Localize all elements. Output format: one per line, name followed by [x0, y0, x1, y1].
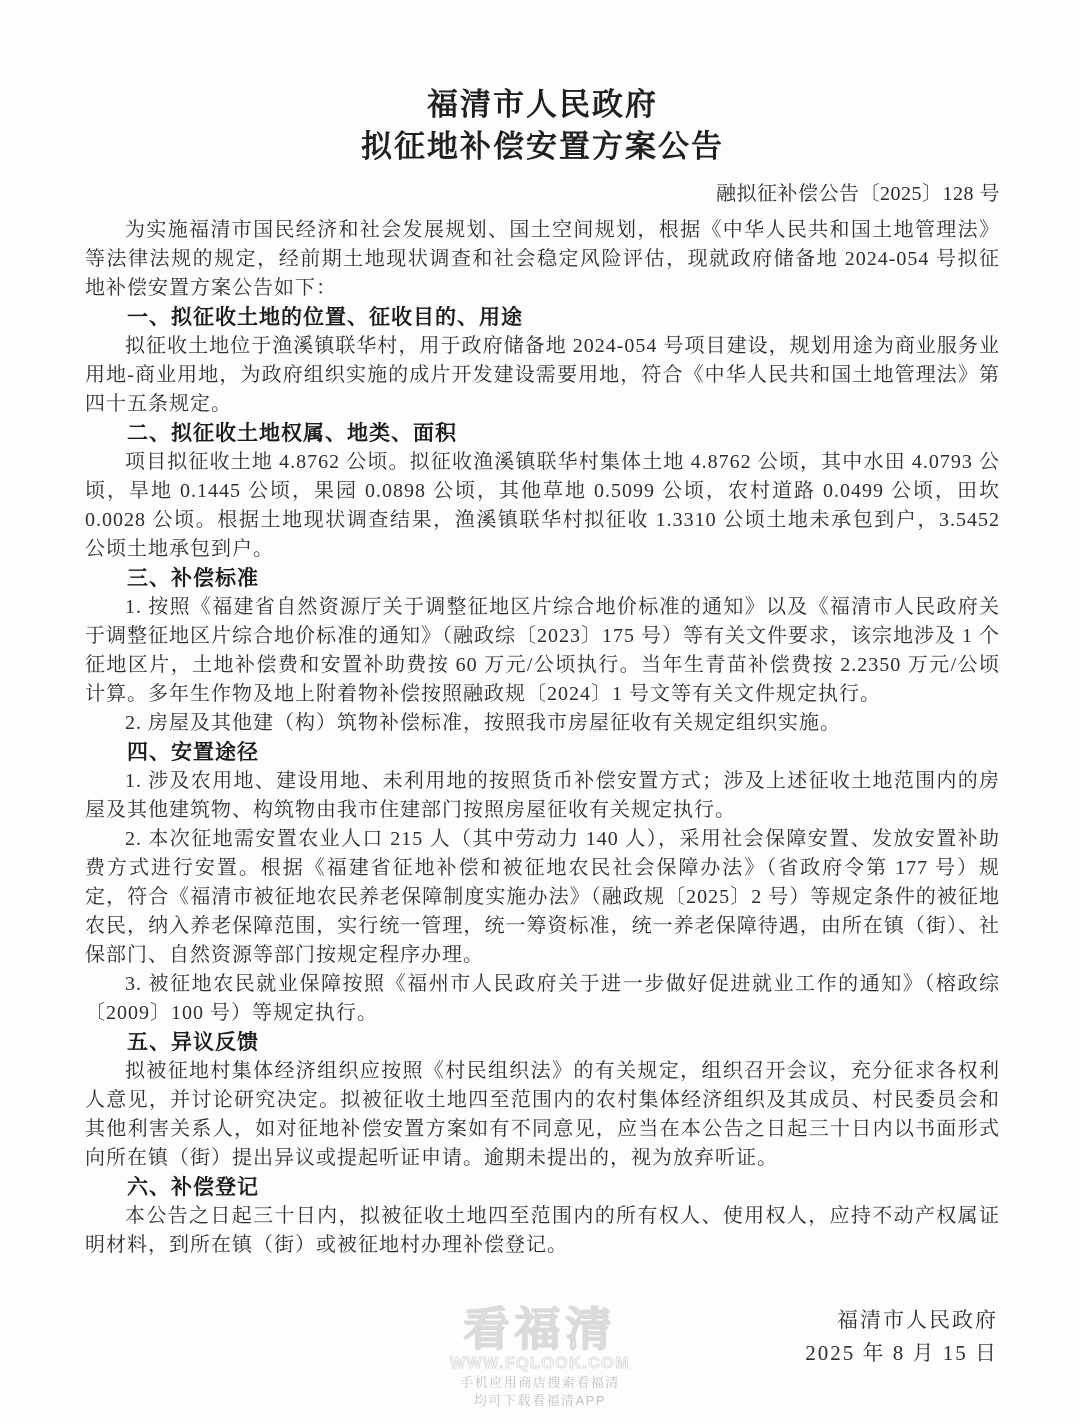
intro-paragraph: 为实施福清市国民经济和社会发展规划、国土空间规划，根据《中华人民共和国土地管理法… — [85, 216, 1000, 303]
issue-date: 2025 年 8 月 15 日 — [85, 1337, 998, 1370]
section-5-heading: 五、异议反馈 — [85, 1028, 1000, 1057]
section-4-paragraph-1: 1. 涉及农用地、建设用地、未利用地的按照货币补偿安置方式；涉及上述征收土地范围… — [85, 767, 1000, 825]
section-5: 五、异议反馈 拟被征地村集体经济组织应按照《村民组织法》的有关规定，组织召开会议… — [85, 1028, 1000, 1173]
section-3-paragraph-1: 1. 按照《福建省自然资源厅关于调整征地区片综合地价标准的通知》以及《福清市人民… — [85, 593, 1000, 709]
section-3: 三、补偿标准 1. 按照《福建省自然资源厅关于调整征地区片综合地价标准的通知》以… — [85, 564, 1000, 738]
section-2-paragraph-1: 项目拟征收土地 4.8762 公顷。拟征收渔溪镇联华村集体土地 4.8762 公… — [85, 448, 1000, 564]
section-6-heading: 六、补偿登记 — [85, 1173, 1000, 1202]
signature-block: 福清市人民政府 2025 年 8 月 15 日 — [85, 1304, 1000, 1370]
section-6-paragraph-1: 本公告之日起三十日内，拟被征收土地四至范围内的所有权人、使用权人，应持不动产权属… — [85, 1202, 1000, 1260]
document-page: 福清市人民政府 拟征地补偿安置方案公告 融拟征补偿公告〔2025〕128 号 为… — [0, 0, 1080, 1425]
section-2-heading: 二、拟征收土地权属、地类、面积 — [85, 419, 1000, 448]
section-3-heading: 三、补偿标准 — [85, 564, 1000, 593]
section-2: 二、拟征收土地权属、地类、面积 项目拟征收土地 4.8762 公顷。拟征收渔溪镇… — [85, 419, 1000, 564]
section-5-paragraph-1: 拟被征地村集体经济组织应按照《村民组织法》的有关规定，组织召开会议，充分征求各权… — [85, 1057, 1000, 1173]
document-content: 福清市人民政府 拟征地补偿安置方案公告 融拟征补偿公告〔2025〕128 号 为… — [85, 84, 1000, 1370]
document-title-line1: 福清市人民政府 — [85, 84, 1000, 126]
issuer-signature: 福清市人民政府 — [85, 1304, 998, 1337]
section-4-paragraph-2: 2. 本次征地需安置农业人口 215 人（其中劳动力 140 人），采用社会保障… — [85, 825, 1000, 970]
watermark-tagline-2: 均可下载看福清APP — [0, 1393, 1080, 1409]
section-4-heading: 四、安置途径 — [85, 738, 1000, 767]
document-title-line2: 拟征地补偿安置方案公告 — [85, 126, 1000, 168]
section-1-heading: 一、拟征收土地的位置、征收目的、用途 — [85, 303, 1000, 332]
section-3-paragraph-2: 2. 房屋及其他建（构）筑物补偿标准，按照我市房屋征收有关规定组织实施。 — [85, 709, 1000, 738]
section-1-paragraph-1: 拟征收土地位于渔溪镇联华村，用于政府储备地 2024-054 号项目建设，规划用… — [85, 332, 1000, 419]
section-1: 一、拟征收土地的位置、征收目的、用途 拟征收土地位于渔溪镇联华村，用于政府储备地… — [85, 303, 1000, 419]
section-4-paragraph-3: 3. 被征地农民就业保障按照《福州市人民政府关于进一步做好促进就业工作的通知》（… — [85, 970, 1000, 1028]
watermark-tagline-1: 手机应用商店搜索看福清 — [0, 1375, 1080, 1391]
document-number: 融拟征补偿公告〔2025〕128 号 — [85, 180, 1000, 208]
section-6: 六、补偿登记 本公告之日起三十日内，拟被征收土地四至范围内的所有权人、使用权人，… — [85, 1173, 1000, 1260]
section-4: 四、安置途径 1. 涉及农用地、建设用地、未利用地的按照货币补偿安置方式；涉及上… — [85, 738, 1000, 1028]
